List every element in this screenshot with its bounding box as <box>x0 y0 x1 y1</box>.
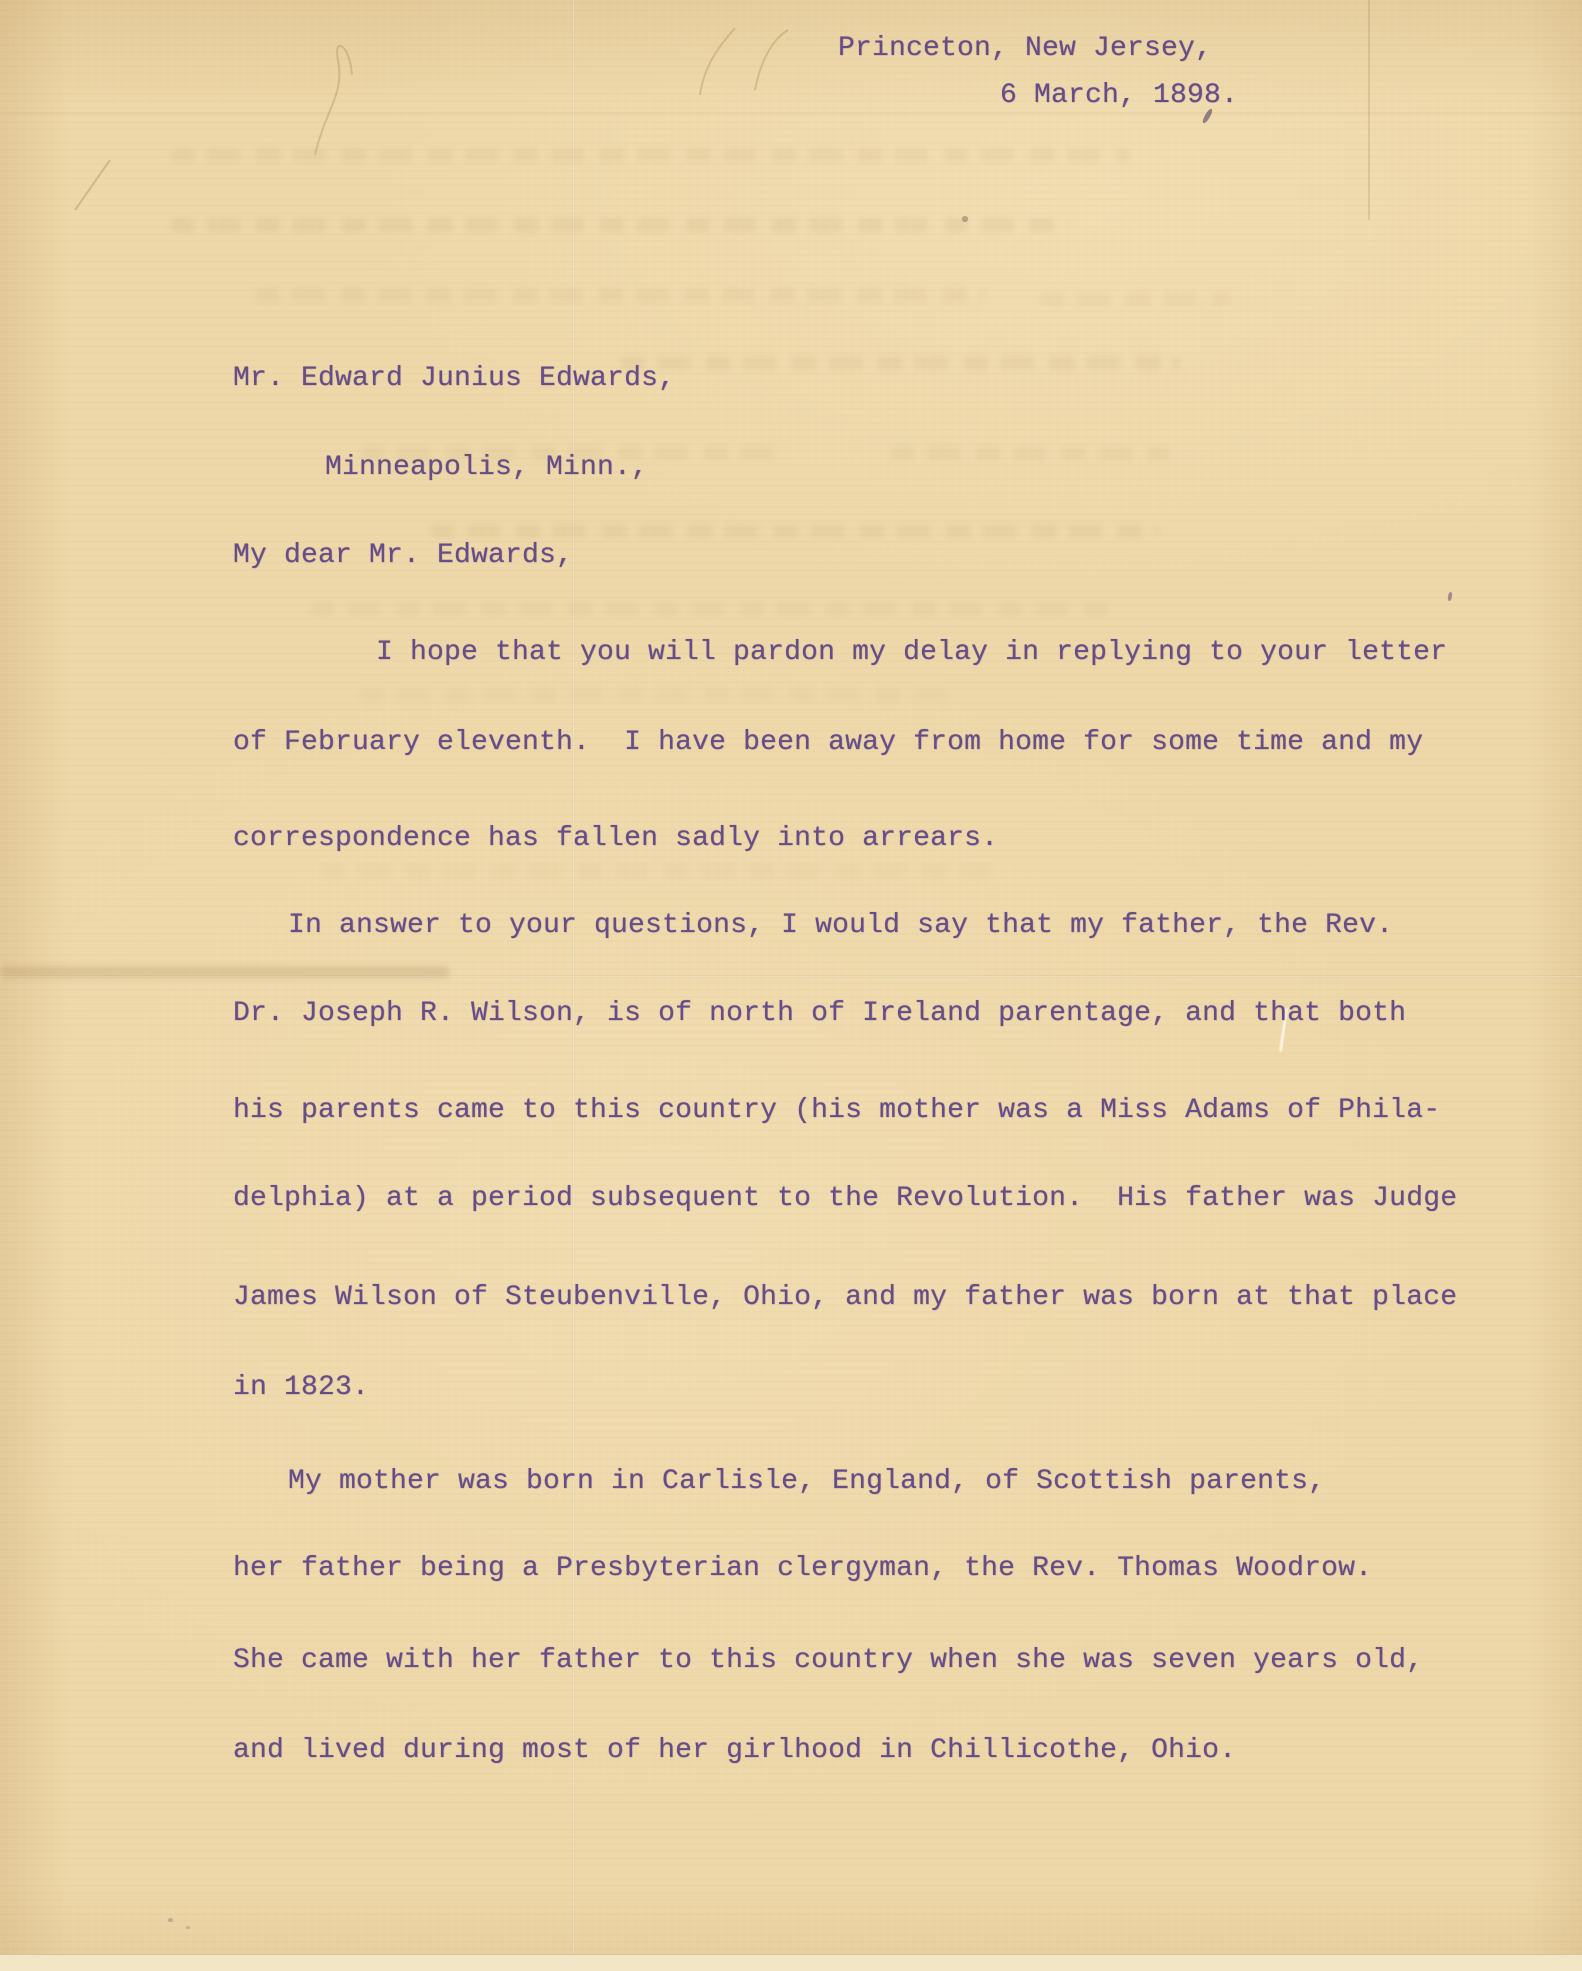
recipient-name: Mr. Edward Junius Edwards, <box>233 362 675 396</box>
bleed-through-ghost <box>430 524 1160 538</box>
ink-fleck <box>962 216 968 222</box>
letter-line: in 1823. <box>233 1371 369 1405</box>
bleed-through-ghost <box>320 864 1000 878</box>
letter-line: In answer to your questions, I would say… <box>288 909 1393 943</box>
ink-fleck <box>168 1918 173 1922</box>
letter-page: Princeton, New Jersey, 6 March, 1898. Mr… <box>0 0 1582 1971</box>
dateline-date: 6 March, 1898. <box>1000 79 1238 113</box>
letter-line: delphia) at a period subsequent to the R… <box>233 1182 1457 1216</box>
letter-line: of February eleventh. I have been away f… <box>233 726 1423 760</box>
bleed-through-ghost <box>1040 292 1230 306</box>
ink-fleck <box>1447 592 1453 602</box>
dateline-place: Princeton, New Jersey, <box>838 32 1212 66</box>
bleed-through-ghost <box>360 688 960 702</box>
bleed-through-ghost <box>890 446 1170 460</box>
letter-line: She came with her father to this country… <box>233 1644 1423 1678</box>
letter-line: James Wilson of Steubenville, Ohio, and … <box>233 1281 1457 1315</box>
bleed-through-ghost <box>255 288 985 302</box>
letter-line: and lived during most of her girlhood in… <box>233 1734 1236 1768</box>
letter-line: Dr. Joseph R. Wilson, is of north of Ire… <box>233 997 1406 1031</box>
letter-line: her father being a Presbyterian clergyma… <box>233 1552 1372 1586</box>
bleed-through-ghost <box>620 356 1180 370</box>
page-bottom-edge <box>0 1954 1582 1971</box>
fold-tear-shadow <box>0 966 450 978</box>
bleed-through-ghost <box>310 602 1110 616</box>
ink-fleck <box>186 1926 190 1929</box>
letter-line: I hope that you will pardon my delay in … <box>376 636 1447 670</box>
letter-line: My mother was born in Carlisle, England,… <box>288 1465 1325 1499</box>
letter-line: correspondence has fallen sadly into arr… <box>233 822 998 856</box>
letter-line: his parents came to this country (his mo… <box>233 1094 1440 1128</box>
recipient-address: Minneapolis, Minn., <box>325 451 648 485</box>
salutation: My dear Mr. Edwards, <box>233 539 573 573</box>
pencil-marks <box>0 0 1582 260</box>
